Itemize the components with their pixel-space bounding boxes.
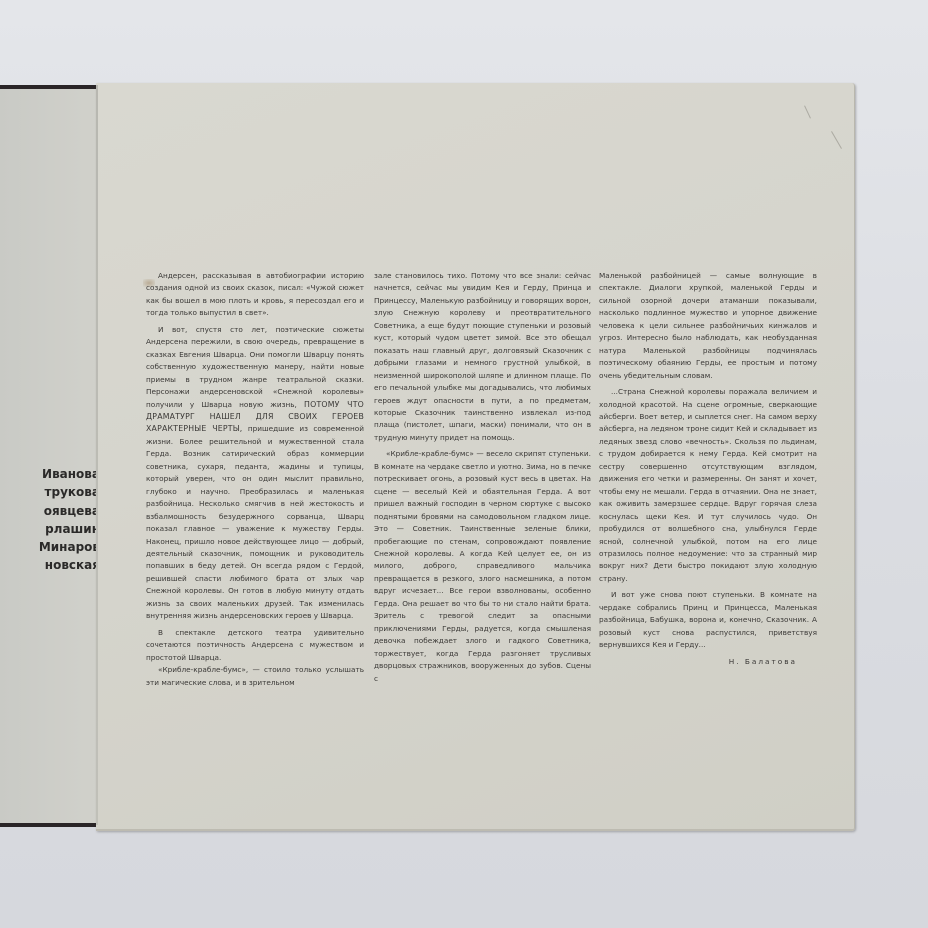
article-column-1: Андерсен, рассказывая в автобиографии ис…: [146, 270, 364, 689]
author-signature: Н. Балатова: [599, 656, 817, 668]
sleeve-credits: Иванова трукова оявцева рлашин Минаров н…: [0, 465, 100, 595]
credit-name: оявцева: [39, 502, 100, 520]
credit-name: Минаров: [39, 538, 100, 556]
paragraph: Маленькой разбойницей — самые волнующие …: [599, 270, 817, 382]
paragraph: И вот уже снова поют ступеньки. В комнат…: [599, 589, 817, 651]
paragraph: зале становилось тихо. Потому что все зн…: [374, 270, 591, 444]
page-fold: [96, 85, 98, 825]
paragraph: ...Страна Снежной королевы поражала вели…: [599, 386, 817, 585]
article-column-2: зале становилось тихо. Потому что все зн…: [374, 270, 591, 685]
paragraph-text: пришедшие из современной жизни. Более ре…: [146, 424, 364, 620]
paragraph: И вот, спустя сто лет, поэтические сюжет…: [146, 324, 364, 623]
paragraph: Андерсен, рассказывая в автобиографии ис…: [146, 270, 364, 320]
article-column-3: Маленькой разбойницей — самые волнующие …: [599, 270, 817, 668]
credit-name: трукова: [39, 483, 100, 501]
credit-name: Иванова: [39, 465, 100, 483]
paragraph-text: И вот, спустя сто лет, поэтические сюжет…: [146, 325, 364, 409]
credit-name: новская: [39, 556, 100, 574]
credit-name: рлашин: [39, 520, 100, 538]
paragraph: «Крибле-крабле-бумс», — стоило только ус…: [146, 664, 364, 689]
paragraph: В спектакле детского театра удивительно …: [146, 627, 364, 664]
paragraph: «Крибле-крабле-бумс» — весело скрипят ст…: [374, 448, 591, 685]
sleeve-inner-panel: [0, 89, 100, 823]
